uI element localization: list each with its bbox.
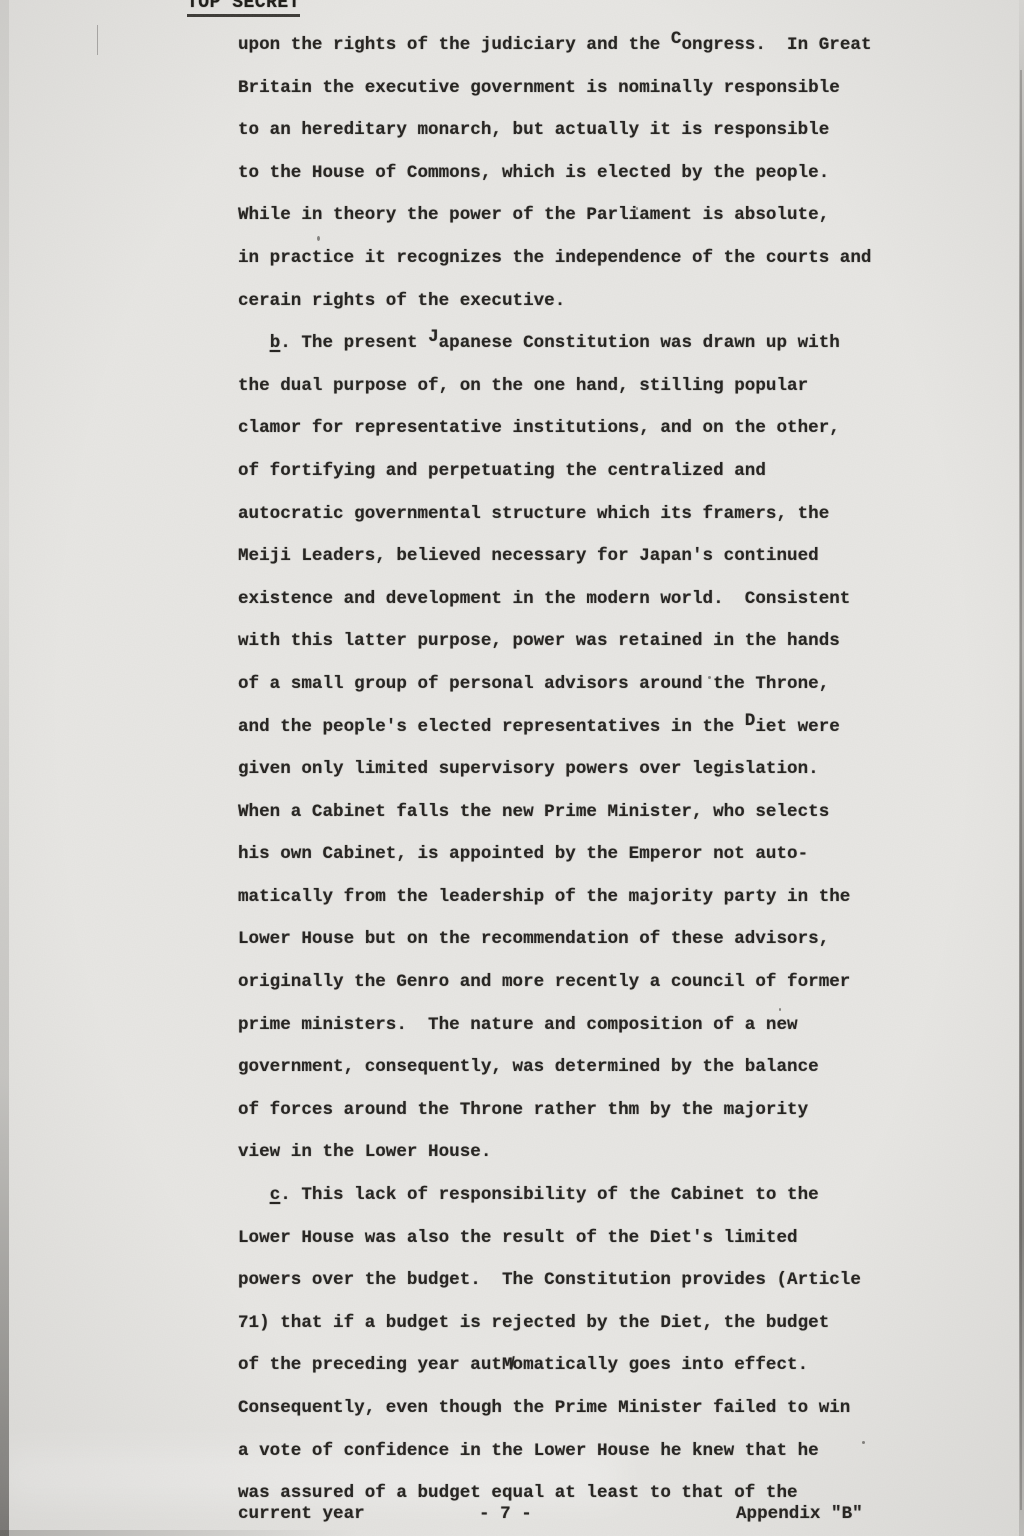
scan-edge-bottom <box>0 1530 1024 1536</box>
scan-edge-left <box>0 0 9 1536</box>
text-line: matically from the leadership of the maj… <box>238 876 872 919</box>
scanned-document-page: TOP SECRET upon the rights of the judici… <box>0 0 1024 1536</box>
text-line: Consequently, even though the Prime Mini… <box>238 1387 872 1430</box>
text-line: Lower House but on the recommendation of… <box>238 918 872 961</box>
text-line: While in theory the power of the Parliam… <box>238 194 872 237</box>
text-line: his own Cabinet, is appointed by the Emp… <box>238 833 872 876</box>
text-line: view in the Lower House. <box>238 1131 872 1174</box>
page-number: - 7 - <box>479 1504 532 1524</box>
text-line: autocratic governmental structure which … <box>238 493 872 536</box>
text-line: Lower House was also the result of the D… <box>238 1217 872 1260</box>
text-line: with this latter purpose, power was reta… <box>238 620 872 663</box>
text-line: to the House of Commons, which is electe… <box>238 152 872 195</box>
scan-edge-right-line <box>1020 70 1022 1510</box>
classification-banner: TOP SECRET <box>187 0 300 17</box>
footer-left-text: current year <box>238 1504 365 1524</box>
text-line: of a small group of personal advisors ar… <box>238 663 872 706</box>
text-line: When a Cabinet falls the new Prime Minis… <box>238 791 872 834</box>
text-line: cerain rights of the executive. <box>238 280 872 323</box>
text-line: in practice it recognizes the independen… <box>238 237 872 280</box>
text-line: Meiji Leaders, believed necessary for Ja… <box>238 535 872 578</box>
text-line: 71) that if a budget is rejected by the … <box>238 1302 872 1345</box>
text-line: the dual purpose of, on the one hand, st… <box>238 365 872 408</box>
scan-scratch-mark <box>97 25 98 55</box>
text-line: given only limited supervisory powers ov… <box>238 748 872 791</box>
text-line: powers over the budget. The Constitution… <box>238 1259 872 1302</box>
text-line: a vote of confidence in the Lower House … <box>238 1430 872 1473</box>
text-line: and the people's elected representatives… <box>238 706 872 749</box>
text-line: b. The present Japanese Constitution was… <box>238 322 872 365</box>
text-line: of the preceding year autM̸omatically go… <box>238 1344 872 1387</box>
text-line: to an hereditary monarch, but actually i… <box>238 109 872 152</box>
appendix-label: Appendix "B" <box>736 1504 863 1524</box>
document-body: upon the rights of the judiciary and the… <box>238 24 872 1515</box>
text-line: clamor for representative institutions, … <box>238 407 872 450</box>
text-line: originally the Genro and more recently a… <box>238 961 872 1004</box>
text-line: of fortifying and perpetuating the centr… <box>238 450 872 493</box>
text-line: c. This lack of responsibility of the Ca… <box>238 1174 872 1217</box>
text-line: of forces around the Throne rather thm b… <box>238 1089 872 1132</box>
text-line: Britain the executive government is nomi… <box>238 67 872 110</box>
text-line: government, consequently, was determined… <box>238 1046 872 1089</box>
text-line: prime ministers. The nature and composit… <box>238 1004 872 1047</box>
text-line: upon the rights of the judiciary and the… <box>238 24 872 67</box>
text-line: existence and development in the modern … <box>238 578 872 621</box>
